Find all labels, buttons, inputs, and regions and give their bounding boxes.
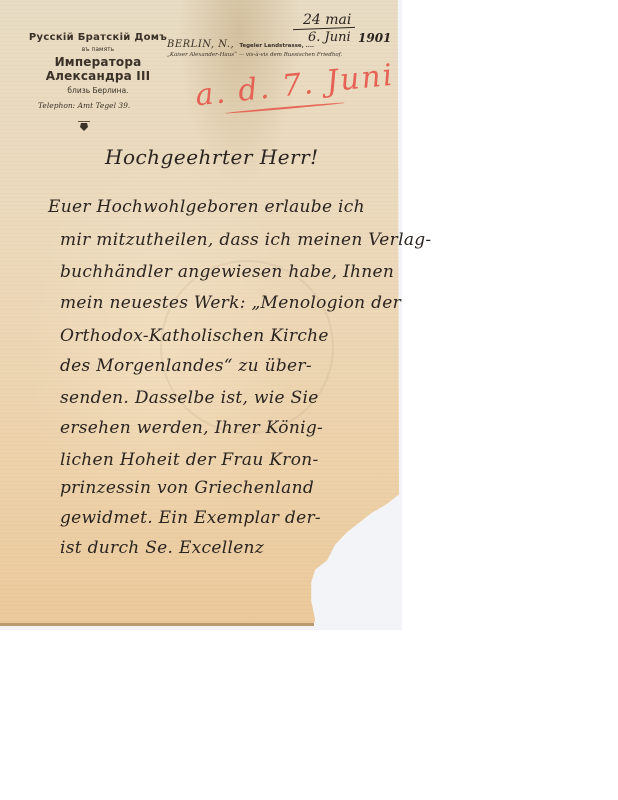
body-line: ist durch Se. Excellenz (60, 538, 264, 558)
letterhead-location: близь Берлина. (18, 86, 178, 95)
date-old-style: 24 mai (303, 12, 351, 28)
body-line: buchhändler angewiesen habe, Ihnen (60, 262, 394, 282)
body-line: Euer Hochwohlgeboren erlaube ich (48, 197, 365, 217)
body-line: senden. Dasselbe ist, wie Sie (60, 388, 319, 408)
body-line: mein neuestes Werk: „Menologion der (60, 293, 401, 313)
body-line: gewidmet. Ein Exemplar der- (60, 508, 321, 528)
salutation: Hochgeehrter Herr! (105, 145, 319, 169)
letterhead-street: Tegeler Landstrasse, .... (239, 43, 314, 49)
letterhead-subtitle: „Kaiser Alexander-Haus“ — vis-à-vis dem … (167, 52, 342, 58)
letterhead-city: BERLIN, N., (167, 39, 234, 50)
date-year: 1901 (358, 31, 391, 45)
letterhead-emperor: Императора Александра III (18, 55, 178, 83)
letterhead-org-name: Русскій Братскій Домъ (18, 32, 178, 43)
date-new-style: 6. Juni (308, 30, 351, 45)
letterhead-phone: Telephon: Amt Tegel 39. (38, 101, 130, 110)
body-line: lichen Hoheit der Frau Kron- (60, 450, 319, 470)
letterhead-memorial: въ память (18, 46, 178, 53)
body-line: ersehen werden, Ihrer König- (60, 418, 323, 438)
letterhead-left: Русскій Братскій Домъ въ память Императо… (18, 32, 178, 95)
body-line: mir mitzutheilen, dass ich meinen Verlag… (60, 230, 431, 250)
paper-edge-shadow (0, 623, 314, 626)
body-line: Orthodox-Katholischen Kirche (60, 326, 329, 346)
emblem-icon (78, 120, 90, 132)
body-line: prinzessin von Griechenland (60, 478, 314, 498)
body-line: des Morgenlandes“ zu über- (60, 356, 312, 376)
